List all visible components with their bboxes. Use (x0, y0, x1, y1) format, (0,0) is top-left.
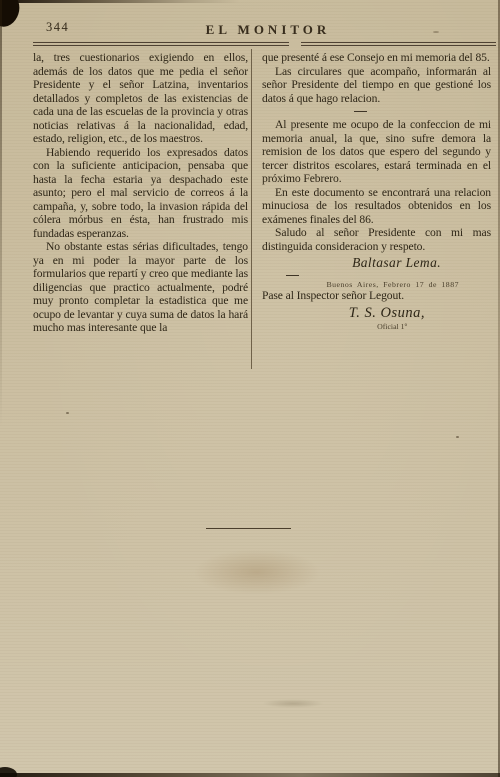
paper-stain (193, 549, 321, 595)
header-double-rule (33, 42, 496, 46)
scan-edge-top (0, 0, 240, 3)
paper-speck (433, 31, 439, 33)
section-dash-rule (354, 111, 367, 112)
paragraph: En este documento se encontrará una rela… (262, 186, 491, 227)
paragraph: Habiendo requerido los expresados datos … (33, 146, 248, 241)
pase-line: Pase al Inspector señor Legout. (262, 289, 491, 303)
scan-corner-top-left (0, 0, 24, 30)
header-rule-gap (289, 41, 301, 48)
paragraph: que presenté á ese Consejo en mi memoria… (262, 51, 491, 65)
scanned-page: 344 EL MONITOR la, tres cuestionarios ex… (0, 0, 500, 777)
paragraph: Al presente me ocupo de la confeccion de… (262, 118, 491, 186)
right-column: que presenté á ese Consejo en mi memoria… (262, 51, 491, 331)
paragraph: Las circulares que acompaño, informarán … (262, 65, 491, 106)
journal-title: EL MONITOR (36, 22, 500, 38)
scan-corner-bottom-left (0, 767, 17, 777)
column-divider-rule (251, 49, 252, 369)
scan-edge-bottom (0, 773, 500, 777)
signature-osuna: T. S. Osuna, (262, 305, 491, 322)
scan-edge-left (0, 0, 2, 427)
dateline: Buenos Aires, Febrero 17 de 1887 (262, 280, 491, 289)
paragraph: Saludo al señor Presidente con mi mas di… (262, 226, 491, 253)
signature-baltasar-lema: Baltasar Lema. (262, 255, 491, 271)
official-role: Oficial 1º (262, 322, 491, 331)
paragraph: la, tres cuestionarios exigiendo en ello… (33, 51, 248, 146)
paragraph: No obstante estas sérias dificultades, t… (33, 240, 248, 335)
paper-speck (456, 436, 459, 438)
end-of-article-rule (206, 528, 291, 529)
paper-smudge (262, 699, 324, 708)
signature-dash-rule (286, 275, 299, 276)
paper-speck (66, 412, 69, 414)
left-column: la, tres cuestionarios exigiendo en ello… (33, 51, 248, 335)
